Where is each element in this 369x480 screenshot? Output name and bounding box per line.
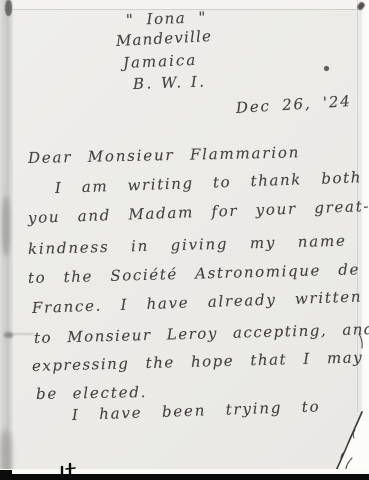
torn-corner-graphic xyxy=(322,330,369,480)
letter-house-name: " Iona " xyxy=(126,9,207,29)
scanned-letter-page: " Iona " Mandeville Jamaica B. W. I. Dec… xyxy=(0,0,369,480)
paper-top-band xyxy=(9,0,360,9)
edge-smudge xyxy=(2,196,10,256)
ink-dot xyxy=(324,66,329,71)
torn-corner xyxy=(322,330,369,480)
edge-smudge xyxy=(5,0,12,16)
page-left-edge-shadow xyxy=(0,0,13,474)
cropped-text-remnant xyxy=(0,462,120,480)
edge-smudge xyxy=(4,332,13,338)
letter-body-line: be elected. xyxy=(36,384,148,403)
letter-address-line: B. W. I. xyxy=(133,73,207,93)
letter-address-line: Jamaica xyxy=(123,52,198,72)
